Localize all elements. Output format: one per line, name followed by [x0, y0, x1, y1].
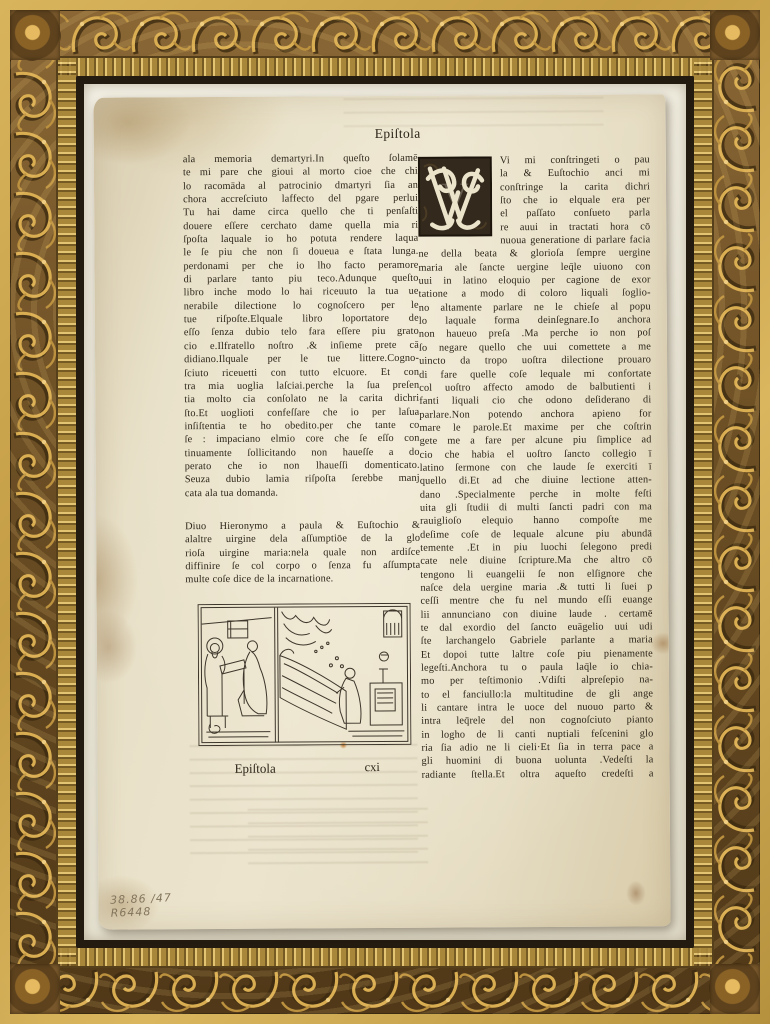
text-line: parlare.Non potendo anchora apieno for: [419, 407, 651, 422]
text-line: ſe : impaciano elmio core che ſe eſſo co…: [185, 432, 420, 447]
text-line: libro inche modo lo hai riceuuto la tua …: [184, 285, 419, 300]
frame-corner-rosette: [710, 10, 760, 60]
text-line: radiante ſtella.Et oltra aqueſto credeſt…: [422, 767, 654, 782]
text-line: gli huomini di buona uolunta .Vedeſti la: [421, 754, 653, 769]
text-line: dano .Specialmente perche in molte feſti: [420, 487, 652, 502]
accession-line-1: 38.86 /47: [110, 891, 172, 907]
text-line: nuoua generatione di parlare facia ſermo: [500, 233, 650, 247]
text-line: to el fanciullo:la multitudine de gli an…: [421, 687, 653, 702]
rubric-paragraph: Diuo Hieronymo a paula & Euſtochio &alal…: [185, 519, 420, 587]
text-line: conſtringe la carita dichri: [500, 180, 650, 194]
running-header: Epiſtola: [375, 126, 421, 142]
text-line: ſciuto riceuetti con tutto elcuore. Et c…: [184, 365, 419, 380]
text-line: tatione a modo di coloro liquali ſoglio-: [419, 287, 651, 302]
kneeling-figure-head: [345, 668, 355, 678]
text-line: rioſa uirgine maria:nela quale non ardiſ…: [185, 545, 420, 560]
text-line: ne della beata & glorioſa ſempre uergine: [418, 247, 650, 262]
text-line: re auui in tractati hora cō: [500, 220, 650, 234]
letter-paragraph: ala memoria demartyri.In queſto ſolamēte…: [183, 152, 420, 500]
text-line: non haueuo preſa .Ma perche io non poſ: [419, 327, 651, 342]
right-text-column: V Vi mi conſtringeti o paula & Euſtochio…: [418, 153, 654, 782]
text-line: cio che habia el uoſtro ſancto collegio …: [420, 447, 652, 462]
text-line: eſſo ſenza dubio telo fara eſſere piu gr…: [184, 325, 419, 340]
mat-board: Epiſtola ala memoria demartyri.In queſto…: [84, 84, 686, 940]
text-line: deſime coſe de lequale alcune piu abundā: [420, 527, 652, 542]
woodcut-illustration: [198, 603, 412, 746]
jerome-halo: [207, 638, 223, 654]
frame-scroll-ornament-left: [10, 10, 58, 1014]
text-line: la & Euſtochio anci mi: [500, 167, 650, 181]
text-line: uita gli ſtudii di multi ſancti padri co…: [420, 500, 652, 515]
text-line: legeſti.Anchora tu o paula laq̄le io chi…: [421, 660, 653, 675]
sermon-text: Vi mi conſtringeti o paula & Euſtochio a…: [418, 153, 654, 782]
frame-bead-pattern: [58, 58, 712, 76]
text-line: multe coſe dice de la incarnatione.: [185, 572, 420, 587]
text-line: in logho de li canti nuptiali feſcenini …: [421, 727, 653, 742]
text-line: tengono li euangelii ſe non elſignore ch…: [420, 567, 652, 582]
text-line: mare le parole.Et maxime per che coſtrin: [419, 420, 651, 435]
text-line: di fare quelle coſe lequale mi confortat…: [419, 367, 651, 382]
picture-frame: Epiſtola ala memoria demartyri.In queſto…: [0, 0, 770, 1024]
text-line: lii annunciano con diuine laude . certam…: [421, 607, 653, 622]
accession-line-2: R6448: [110, 904, 172, 920]
decorated-initial: V: [418, 156, 492, 236]
text-line: quello di.Et ad che diuine lectione atte…: [420, 474, 652, 489]
text-line: rauiglioſo elequio hanno compoſte me: [420, 514, 652, 529]
text-line: Tu hai dame circa quello che ti penſaſti: [183, 205, 418, 220]
text-line: uui in latino eloquio per cagione de exo…: [419, 273, 651, 288]
text-line: tinuamente ſollicitando non haueſſe a do: [185, 445, 420, 460]
initial-letter: V: [441, 175, 469, 217]
text-line: intra leq̄rele del non cognoſciuto piant…: [421, 714, 653, 729]
frame-bead-pattern: [58, 58, 76, 966]
text-line: lo laquale forma deinſegnare.Io anchora: [419, 313, 651, 328]
text-line: ria ſia adio ne li cieli·Et ſia in terra…: [421, 740, 653, 755]
text-line: fanti liquali cio che odono deſiderano d…: [419, 394, 651, 409]
incunabulum-page: Epiſtola ala memoria demartyri.In queſto…: [93, 94, 670, 929]
text-line: latino ſermone con che laude ſe exerciti…: [420, 460, 652, 475]
frame-bead-pattern: [694, 58, 712, 966]
text-line: Vi mi conſtringeti o pau: [500, 153, 650, 167]
text-line: maria ale ſancte uergine leq̄le uiuono c…: [418, 260, 650, 275]
text-line: ſte larchangelo Gabriele parlante a mari…: [421, 634, 653, 649]
text-line: te mi pare che gioui al morto cioe che c…: [183, 165, 418, 180]
frame-corner-rosette: [10, 964, 60, 1014]
show-through-text: [248, 808, 428, 865]
frame-corner-rosette: [10, 10, 60, 60]
text-line: Et dopoi tutte laltre coſe piu pienament…: [421, 647, 653, 662]
text-line: diffinire ſe col corpo o ſenza fu aſſump…: [185, 559, 420, 574]
text-line: cate nele diuine ſcripture.Ma che altro …: [420, 554, 652, 569]
text-line: alaltre uirgine dela aſſumptiōe de la gl…: [185, 532, 420, 547]
frame-scroll-ornament-bottom: [10, 966, 760, 1014]
text-line: gete me a fare per alcune piu ſimplice a…: [420, 434, 652, 449]
footer-signature: Epiſtola: [235, 761, 276, 777]
text-line: te dal exordio del ſancto euāgelio uui u…: [421, 620, 653, 635]
frame-scroll-ornament-top: [10, 10, 760, 58]
text-line: no altamente parlare ne le chieſe al pop…: [419, 300, 651, 315]
text-line: ſto che io elquale era per: [500, 193, 650, 207]
framed-incunabulum-photo: Epiſtola ala memoria demartyri.In queſto…: [0, 0, 770, 1024]
frame-scroll-ornament-right: [712, 10, 760, 1014]
jerome-head: [210, 643, 219, 652]
text-line: ceſſi mentre che fu nel mundo eſſi euang…: [421, 594, 653, 609]
chalice: [379, 652, 389, 683]
text-line: naſce dela uergine maria .& tutti li ſue…: [420, 580, 652, 595]
folio-number: cxi: [365, 760, 380, 775]
seated-woman-head: [247, 641, 257, 652]
text-line: ſo negare quello che uui comettete a me: [419, 340, 651, 355]
text-line: tia molto cia conſolato ne la carita dic…: [184, 392, 419, 407]
text-line: el paſſato conſueto parla: [500, 207, 650, 221]
accession-number-label: 38.86 /47 R6448: [110, 891, 173, 920]
text-line: uincto da tropo uoſtra dilectione prouar…: [419, 354, 651, 369]
text-line: cata ala tua domanda.: [185, 485, 420, 500]
text-line: didiano.Ilquale per le tue littere.Cogno…: [184, 352, 419, 367]
text-line: Seuza dubio lamia riſpoſta ſerebbe manj: [185, 472, 420, 487]
text-line: mo per teſtimonio .Vdiſti alpreſepio na-: [421, 674, 653, 689]
left-text-column: ala memoria demartyri.In queſto ſolamēte…: [183, 152, 421, 587]
frame-bead-pattern: [58, 948, 712, 966]
text-line: le ſe piu che non ſi doueua e ſtata lung…: [183, 245, 418, 260]
text-line: col uoſtro affecto amodo de balbutienti …: [419, 380, 651, 395]
text-line: li cantare intra le uoce del nuouo parto…: [421, 700, 653, 715]
show-through-text: [189, 744, 418, 857]
trees: [282, 611, 330, 625]
text-line: temente .Et in piu luochi ſelegono predi: [420, 540, 652, 555]
text-line: ſto.Et uoglioti confeſſare che io per la…: [184, 405, 419, 420]
frame-corner-rosette: [710, 964, 760, 1014]
